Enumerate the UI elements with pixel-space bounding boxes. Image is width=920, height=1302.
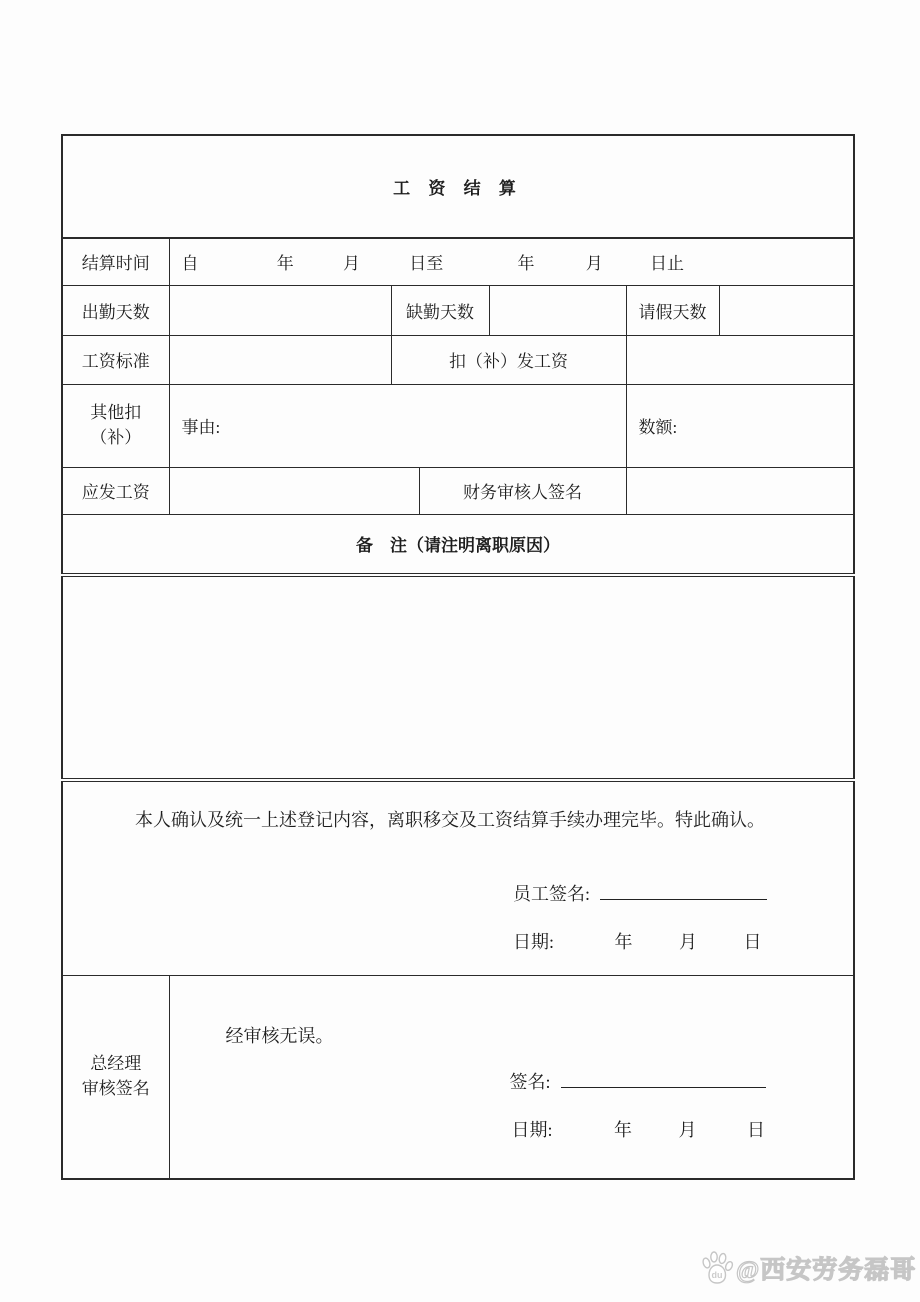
settlement-time-period: 自 年 月 日至 年 月 日止 <box>169 238 854 285</box>
gm-date-row: 日期: 年 月 日 <box>512 1116 766 1142</box>
gm-signature-row: 签名: <box>510 1068 766 1094</box>
period-month-1: 月 <box>343 249 360 274</box>
period-day-end: 日止 <box>650 249 684 274</box>
period-day-to: 日至 <box>409 249 443 274</box>
deduction-supplement-label: 扣（补）发工资 <box>391 335 626 384</box>
remarks-body <box>62 575 854 780</box>
employee-date-row: 日期: 年 月 日 <box>513 928 762 954</box>
baidu-paw-icon: du <box>700 1250 734 1286</box>
wage-settlement-form: 工 资 结 算 结算时间 自 年 月 日至 年 月 日止 出勤天数 缺勤天数 请… <box>61 134 855 1180</box>
employee-confirmation-section: 本人确认及统一上述登记内容，离职移交及工资结算手续办理完毕。特此确认。 员工签名… <box>62 780 854 975</box>
other-adjustment-label-line2: （补） <box>63 426 169 451</box>
remarks-header: 备 注（请注明离职原因） <box>62 514 854 575</box>
finance-reviewer-value <box>626 467 854 514</box>
wage-standard-label: 工资标准 <box>62 335 169 384</box>
leave-days-value <box>719 285 854 335</box>
gm-signature-line <box>561 1070 766 1088</box>
other-adjustment-label: 其他扣 （补） <box>62 384 169 467</box>
gm-date-year: 年 <box>614 1116 632 1142</box>
employee-date-day: 日 <box>744 928 762 954</box>
period-year-2: 年 <box>518 249 535 274</box>
employee-date-label: 日期: <box>513 932 554 952</box>
employee-signature-line <box>600 882 767 900</box>
payable-wage-value <box>169 467 419 514</box>
employee-date-year: 年 <box>615 928 633 954</box>
finance-reviewer-label: 财务审核人签名 <box>419 467 626 514</box>
gm-review-label-line2: 审核签名 <box>63 1077 169 1102</box>
watermark: du @西安劳务磊哥 <box>700 1250 916 1286</box>
gm-date-month: 月 <box>679 1116 697 1142</box>
form-title: 工 资 结 算 <box>62 135 854 238</box>
wage-standard-value <box>169 335 391 384</box>
watermark-text: @西安劳务磊哥 <box>736 1250 916 1286</box>
leave-days-label: 请假天数 <box>626 285 719 335</box>
attendance-days-value <box>169 285 391 335</box>
gm-review-note: 经审核无误。 <box>226 1022 334 1048</box>
period-month-2: 月 <box>586 249 603 274</box>
absence-days-value <box>489 285 626 335</box>
gm-review-section: 经审核无误。 签名: 日期: 年 月 日 <box>169 975 854 1179</box>
form-table: 工 资 结 算 结算时间 自 年 月 日至 年 月 日止 出勤天数 缺勤天数 请… <box>61 134 855 1180</box>
gm-review-label: 总经理 审核签名 <box>62 975 169 1179</box>
other-adjustment-amount: 数额: <box>626 384 854 467</box>
confirmation-statement: 本人确认及统一上述登记内容，离职移交及工资结算手续办理完毕。特此确认。 <box>135 806 765 832</box>
gm-review-label-line1: 总经理 <box>63 1052 169 1077</box>
employee-date-month: 月 <box>679 928 697 954</box>
gm-date-day: 日 <box>747 1116 765 1142</box>
other-adjustment-reason: 事由: <box>169 384 626 467</box>
period-year-1: 年 <box>277 249 294 274</box>
attendance-days-label: 出勤天数 <box>62 285 169 335</box>
deduction-supplement-value <box>626 335 854 384</box>
period-from: 自 <box>182 249 199 274</box>
employee-signature-label: 员工签名: <box>513 884 590 904</box>
employee-signature-row: 员工签名: <box>513 880 767 906</box>
other-adjustment-label-line1: 其他扣 <box>63 401 169 426</box>
settlement-time-label: 结算时间 <box>62 238 169 285</box>
gm-date-label: 日期: <box>512 1120 553 1140</box>
svg-text:du: du <box>712 1270 723 1280</box>
absence-days-label: 缺勤天数 <box>391 285 489 335</box>
gm-signature-label: 签名: <box>510 1072 551 1092</box>
payable-wage-label: 应发工资 <box>62 467 169 514</box>
